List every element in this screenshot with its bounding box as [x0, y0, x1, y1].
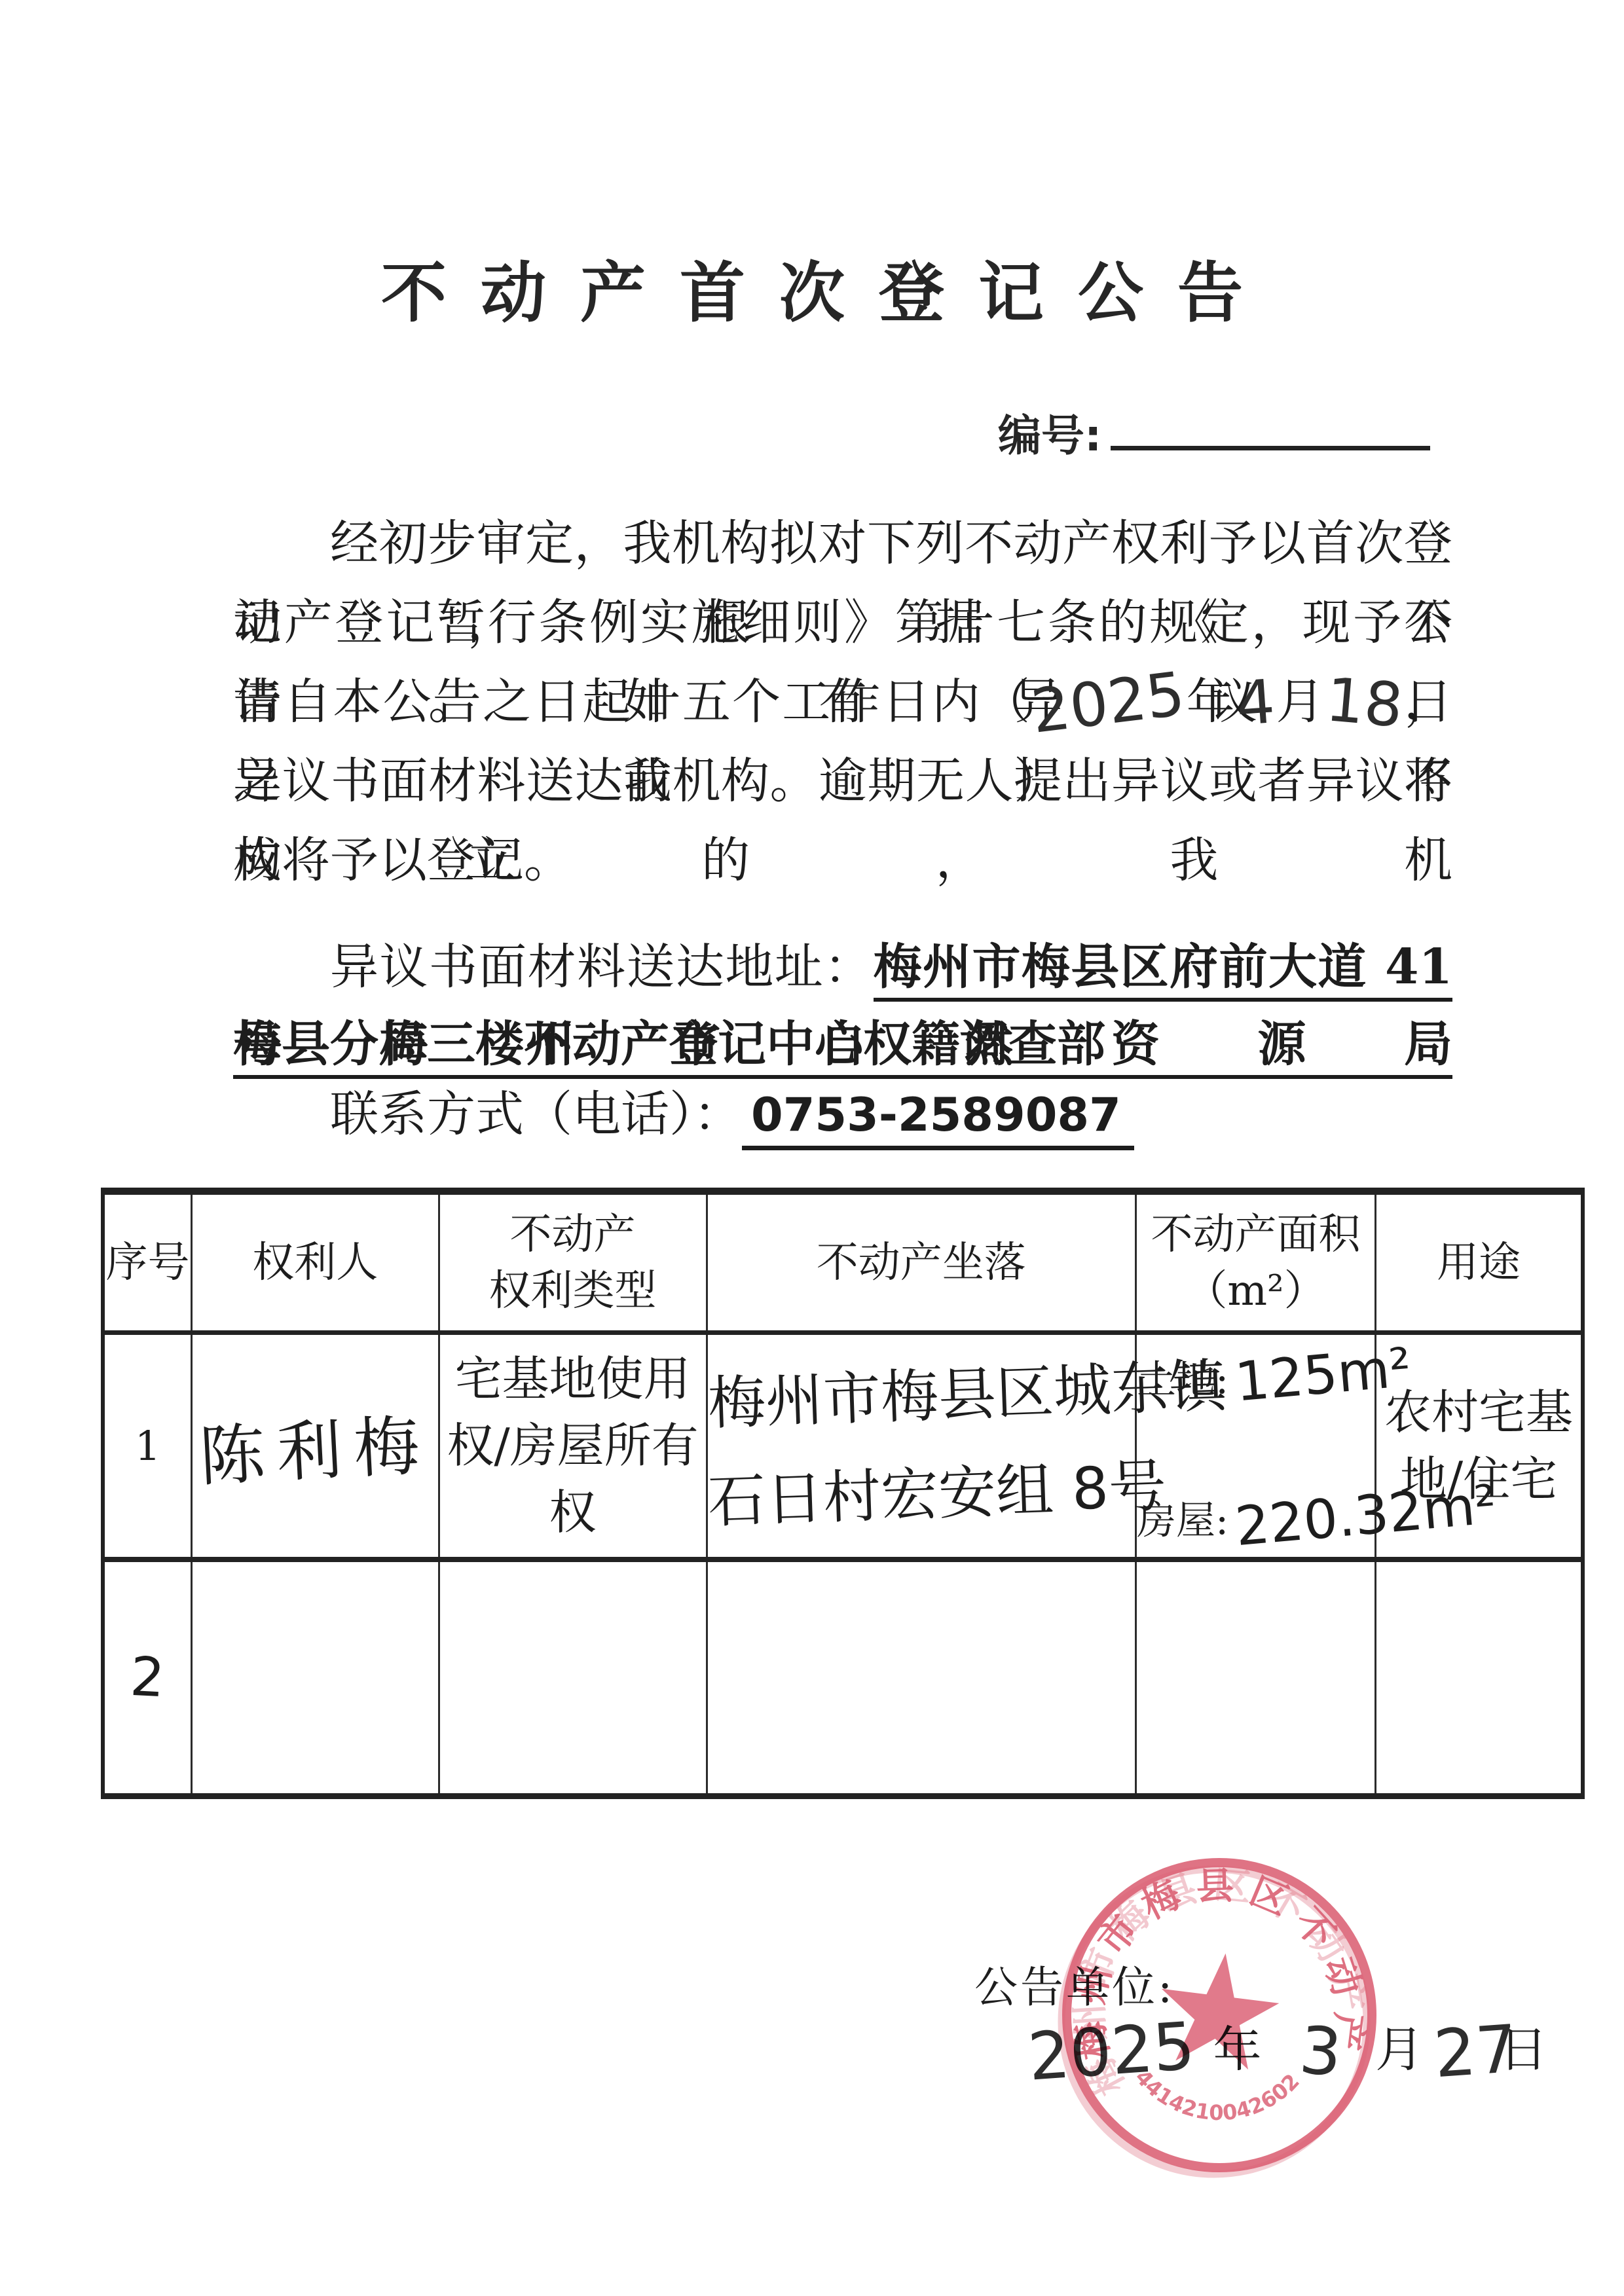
handwritten-footer-day: 27	[1432, 2016, 1520, 2088]
col-header-usage: 用途	[1376, 1192, 1583, 1333]
table-row-1: 1 陈利梅 宅基地使用权/房屋所有权 梅州市梅县区城东镇 石日村宏安组 8号 土…	[103, 1333, 1583, 1559]
cell-usage-2	[1376, 1559, 1583, 1796]
table-header-row: 序号 权利人 不动产权利类型 不动产坐落 不动产面积（m²） 用途	[103, 1192, 1583, 1333]
svg-text:4414210042602: 4414210042602	[1130, 2065, 1306, 2126]
cell-seq-2: 2	[103, 1559, 192, 1796]
contact-label: 联系方式（电话）：	[330, 1086, 742, 1142]
house-area-group: 房屋:220.32m²	[1137, 1485, 1375, 1547]
table-row-2: 2	[103, 1559, 1583, 1796]
document-number-label: 编号:	[998, 410, 1101, 461]
stamp-star-icon	[1153, 1946, 1284, 2073]
body-line-2: 动产登记暂行条例实施细则》第十七条的规定，现予公告。如有异议，	[233, 583, 1452, 663]
cell-location-2	[707, 1559, 1135, 1796]
announcement-document: 不动产首次登记公告 编号: 经初步审定，我机构拟对下列不动产权利予以首次登记，根…	[0, 0, 1624, 2296]
contact-row: 联系方式（电话）：0753-2589087	[233, 1075, 1452, 1154]
handwritten-day: 18	[1323, 670, 1405, 737]
handwritten-month: 4	[1234, 672, 1277, 735]
body-line-1: 经初步审定，我机构拟对下列不动产权利予以首次登记，根据《不	[233, 504, 1452, 583]
handwritten-year: 2025	[1029, 664, 1189, 742]
official-red-stamp: 梅州市梅县区不动产登记中心 梅州市梅县区不动产登记中心 441421004260…	[1046, 1844, 1392, 2189]
body-line-4: 异议书面材料送达我机构。逾期无人提出异议或者异议不成立的，我机	[233, 742, 1452, 821]
cell-location-1: 梅州市梅县区城东镇 石日村宏安组 8号	[707, 1333, 1135, 1559]
deadline-prefix: 请自本公告之日起十五个工作日内（	[233, 674, 1031, 730]
body-line-3: 请自本公告之日起十五个工作日内（2025年4月18日之前）将	[233, 663, 1452, 742]
address-paragraph: 异议书面材料送达地址：梅州市梅县区府前大道 41 号梅州市自然资源局 梅县分局三…	[233, 928, 1452, 1083]
handwritten-location-line1: 梅州市梅县区城东镇	[706, 1340, 1136, 1453]
contact-phone: 0753-2589087	[742, 1088, 1134, 1150]
cell-seq-1: 1	[103, 1333, 192, 1559]
handwritten-location-line2: 石日村宏安组 8号	[706, 1438, 1136, 1552]
col-header-area: 不动产面积（m²）	[1135, 1192, 1375, 1333]
year-label: 年	[1185, 674, 1236, 730]
document-number-row: 编号:	[998, 401, 1430, 463]
cell-owner-1: 陈利梅	[192, 1333, 439, 1559]
main-paragraph: 经初步审定，我机构拟对下列不动产权利予以首次登记，根据《不 动产登记暂行条例实施…	[233, 504, 1452, 900]
address-value-part2: 梅县分局三楼不动产登记中心权籍调查部	[233, 1016, 1105, 1079]
month-label: 月	[1274, 674, 1325, 730]
registration-table: 序号 权利人 不动产权利类型 不动产坐落 不动产面积（m²） 用途 1 陈利梅 …	[101, 1188, 1585, 1799]
cell-right-type-1: 宅基地使用权/房屋所有权	[439, 1333, 707, 1559]
stamp-code: 4414210042602	[1130, 2065, 1306, 2126]
address-line-1: 异议书面材料送达地址：梅州市梅县区府前大道 41 号梅州市自然资源局	[233, 928, 1452, 1006]
page-title: 不动产首次登记公告	[0, 254, 1624, 333]
cell-area-2	[1135, 1559, 1375, 1796]
address-label: 异议书面材料送达地址：	[330, 939, 874, 995]
document-number-blank-line	[1111, 408, 1430, 450]
cell-right-type-2	[439, 1559, 707, 1796]
handwritten-owner-name: 陈利梅	[197, 1393, 434, 1499]
col-header-seq: 序号	[103, 1192, 192, 1333]
col-header-location: 不动产坐落	[707, 1192, 1135, 1333]
contact-line: 联系方式（电话）：0753-2589087	[233, 1075, 1452, 1154]
cell-owner-2	[192, 1559, 439, 1796]
col-header-owner: 权利人	[192, 1192, 439, 1333]
col-header-right-type: 不动产权利类型	[439, 1192, 707, 1333]
